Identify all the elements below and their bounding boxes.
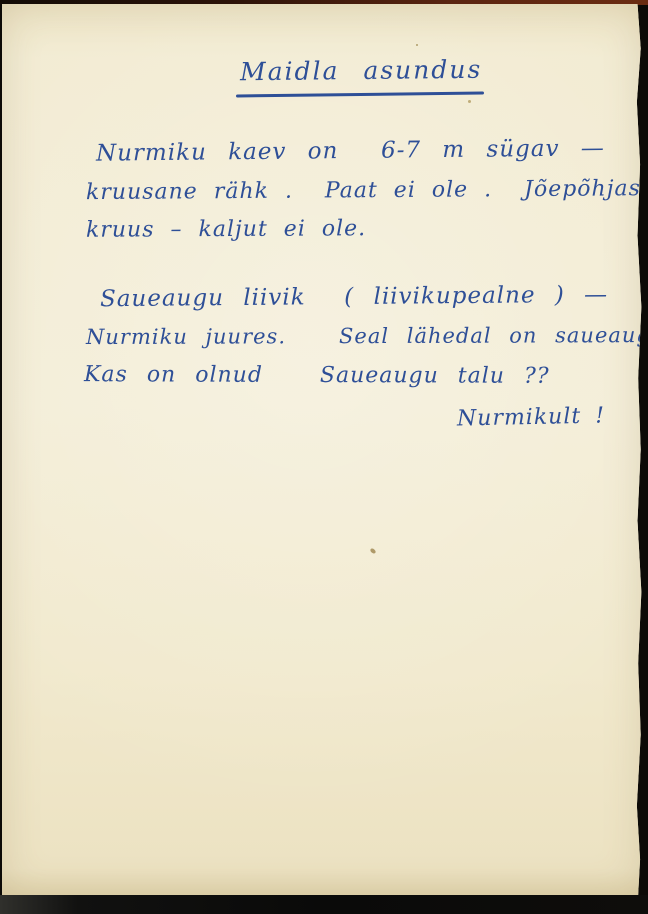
paper-speck [416,44,418,46]
title-underline [236,91,484,97]
handwritten-line: Nurmiku kaev on 6-7 m sügav — [96,135,605,166]
scan-background: Maidla asundus Nurmiku kaev on 6-7 m süg… [0,0,648,914]
handwritten-line: kruus – kaljut ei ole. [86,216,366,242]
paper-speck [468,100,471,103]
paper-speck [369,548,376,555]
handwritten-line: Saueaugu liivik ( liivikupealne ) — [100,282,608,312]
note-title: Maidla asundus [240,55,483,87]
signoff-line: Nurmikult ! [457,403,606,431]
paper-sheet: Maidla asundus Nurmiku kaev on 6-7 m süg… [2,4,642,895]
scan-bottom-edge [0,895,648,914]
handwritten-line: kruusane rähk . Paat ei ole . Jõepõhjas … [86,176,648,205]
handwritten-line: Kas on olnud Saueaugu talu ?? [84,362,550,389]
handwritten-line: Nurmiku juures. Seal lähedal on saueaugu… [86,323,648,349]
